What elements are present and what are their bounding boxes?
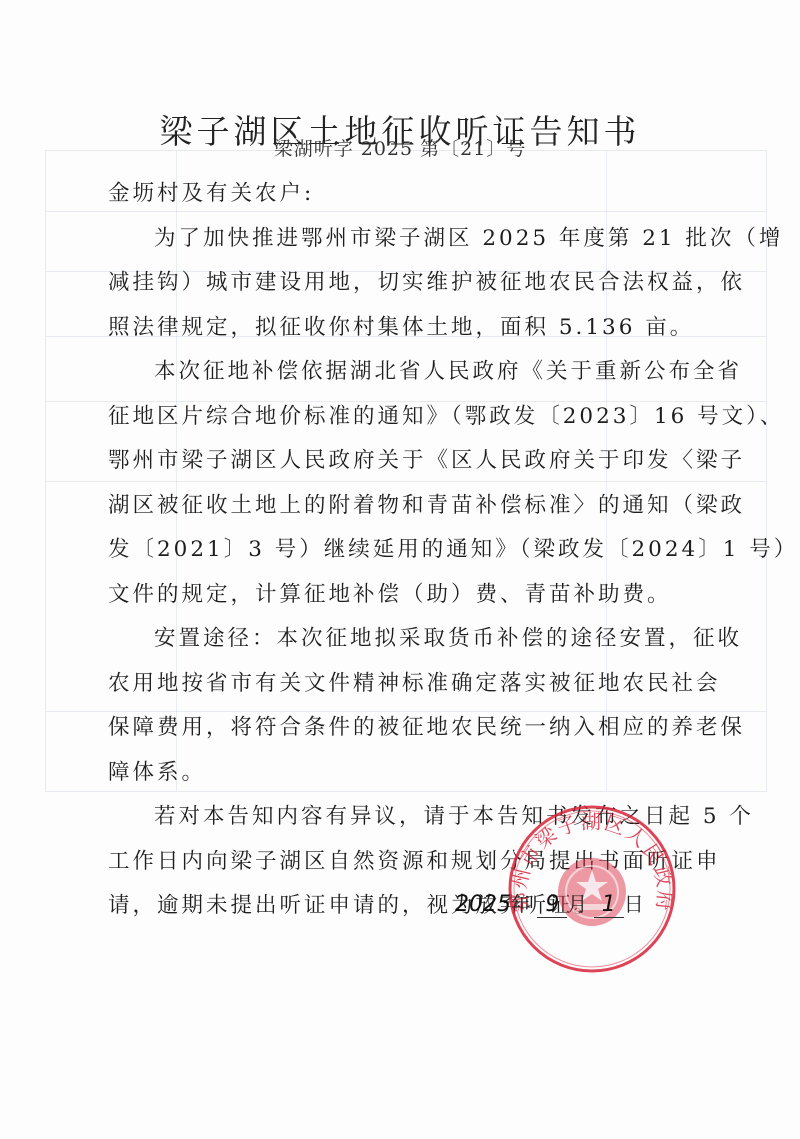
salutation: 金坜村及有关农户: [108,172,708,217]
paragraph-line: 发〔2021〕3 号）继续延用的通知》（梁政发〔2024〕1 号） [108,528,708,573]
paragraph-line: 保障费用，将符合条件的被征地农民统一纳入相应的养老保 [108,706,708,751]
paragraph-line: 本次征地补偿依据湖北省人民政府《关于重新公布全省 [108,350,708,395]
paragraph-compensation-basis: 本次征地补偿依据湖北省人民政府《关于重新公布全省 征地区片综合地价标准的通知》（… [108,350,708,617]
paragraph-line: 为了加快推进鄂州市梁子湖区 2025 年度第 21 批次（增 [108,217,708,262]
date-day-handwritten: 1 [602,892,616,917]
paragraph-line: 照法律规定，拟征收你村集体土地，面积 5.136 亩。 [108,306,708,351]
date-day-label: 日 [624,892,644,916]
paragraph-line: 若对本告知内容有异议，请于本告知书发布之日起 5 个 [108,795,708,840]
date-month-handwritten: 9 [545,892,559,917]
paragraph-line: 工作日内向梁子湖区自然资源和规划分局提出书面听证申 [108,840,708,885]
document-number: 梁湖听字 2025 第〔21〕号 [0,134,800,161]
date-month-label: 月 [567,892,587,916]
date-year-handwritten: 2025 [455,892,511,917]
paragraph-line: 障体系。 [108,751,708,796]
paragraph-line: 征地区片综合地价标准的通知》（鄂政发〔2023〕16 号文）、 [108,395,708,440]
document-page: 梁子湖区土地征收听证告知书 梁湖听字 2025 第〔21〕号 金坜村及有关农户:… [0,0,800,1139]
date-year-label: 年 [511,892,531,916]
paragraph-line: 文件的规定，计算征地补偿（助）费、青苗补助费。 [108,573,708,618]
paragraph-line: 湖区被征收土地上的附着物和青苗补偿标准〉的通知（梁政 [108,484,708,529]
document-body: 金坜村及有关农户: 为了加快推进鄂州市梁子湖区 2025 年度第 21 批次（增… [108,172,708,929]
paragraph-line: 鄂州市梁子湖区人民政府关于《区人民政府关于印发〈梁子 [108,439,708,484]
paragraph-purpose: 为了加快推进鄂州市梁子湖区 2025 年度第 21 批次（增 减挂钩）城市建设用… [108,217,708,351]
paragraph-resettlement: 安置途径：本次征地拟采取货币补偿的途径安置，征收 农用地按省市有关文件精神标准确… [108,617,708,795]
paragraph-line: 减挂钩）城市建设用地，切实维护被征地农民合法权益，依 [108,261,708,306]
signature-date: 2025年 9月 1日 [455,888,644,918]
paragraph-line: 安置途径：本次征地拟采取货币补偿的途径安置，征收 [108,617,708,662]
paragraph-line: 农用地按省市有关文件精神标准确定落实被征地农民社会 [108,662,708,707]
